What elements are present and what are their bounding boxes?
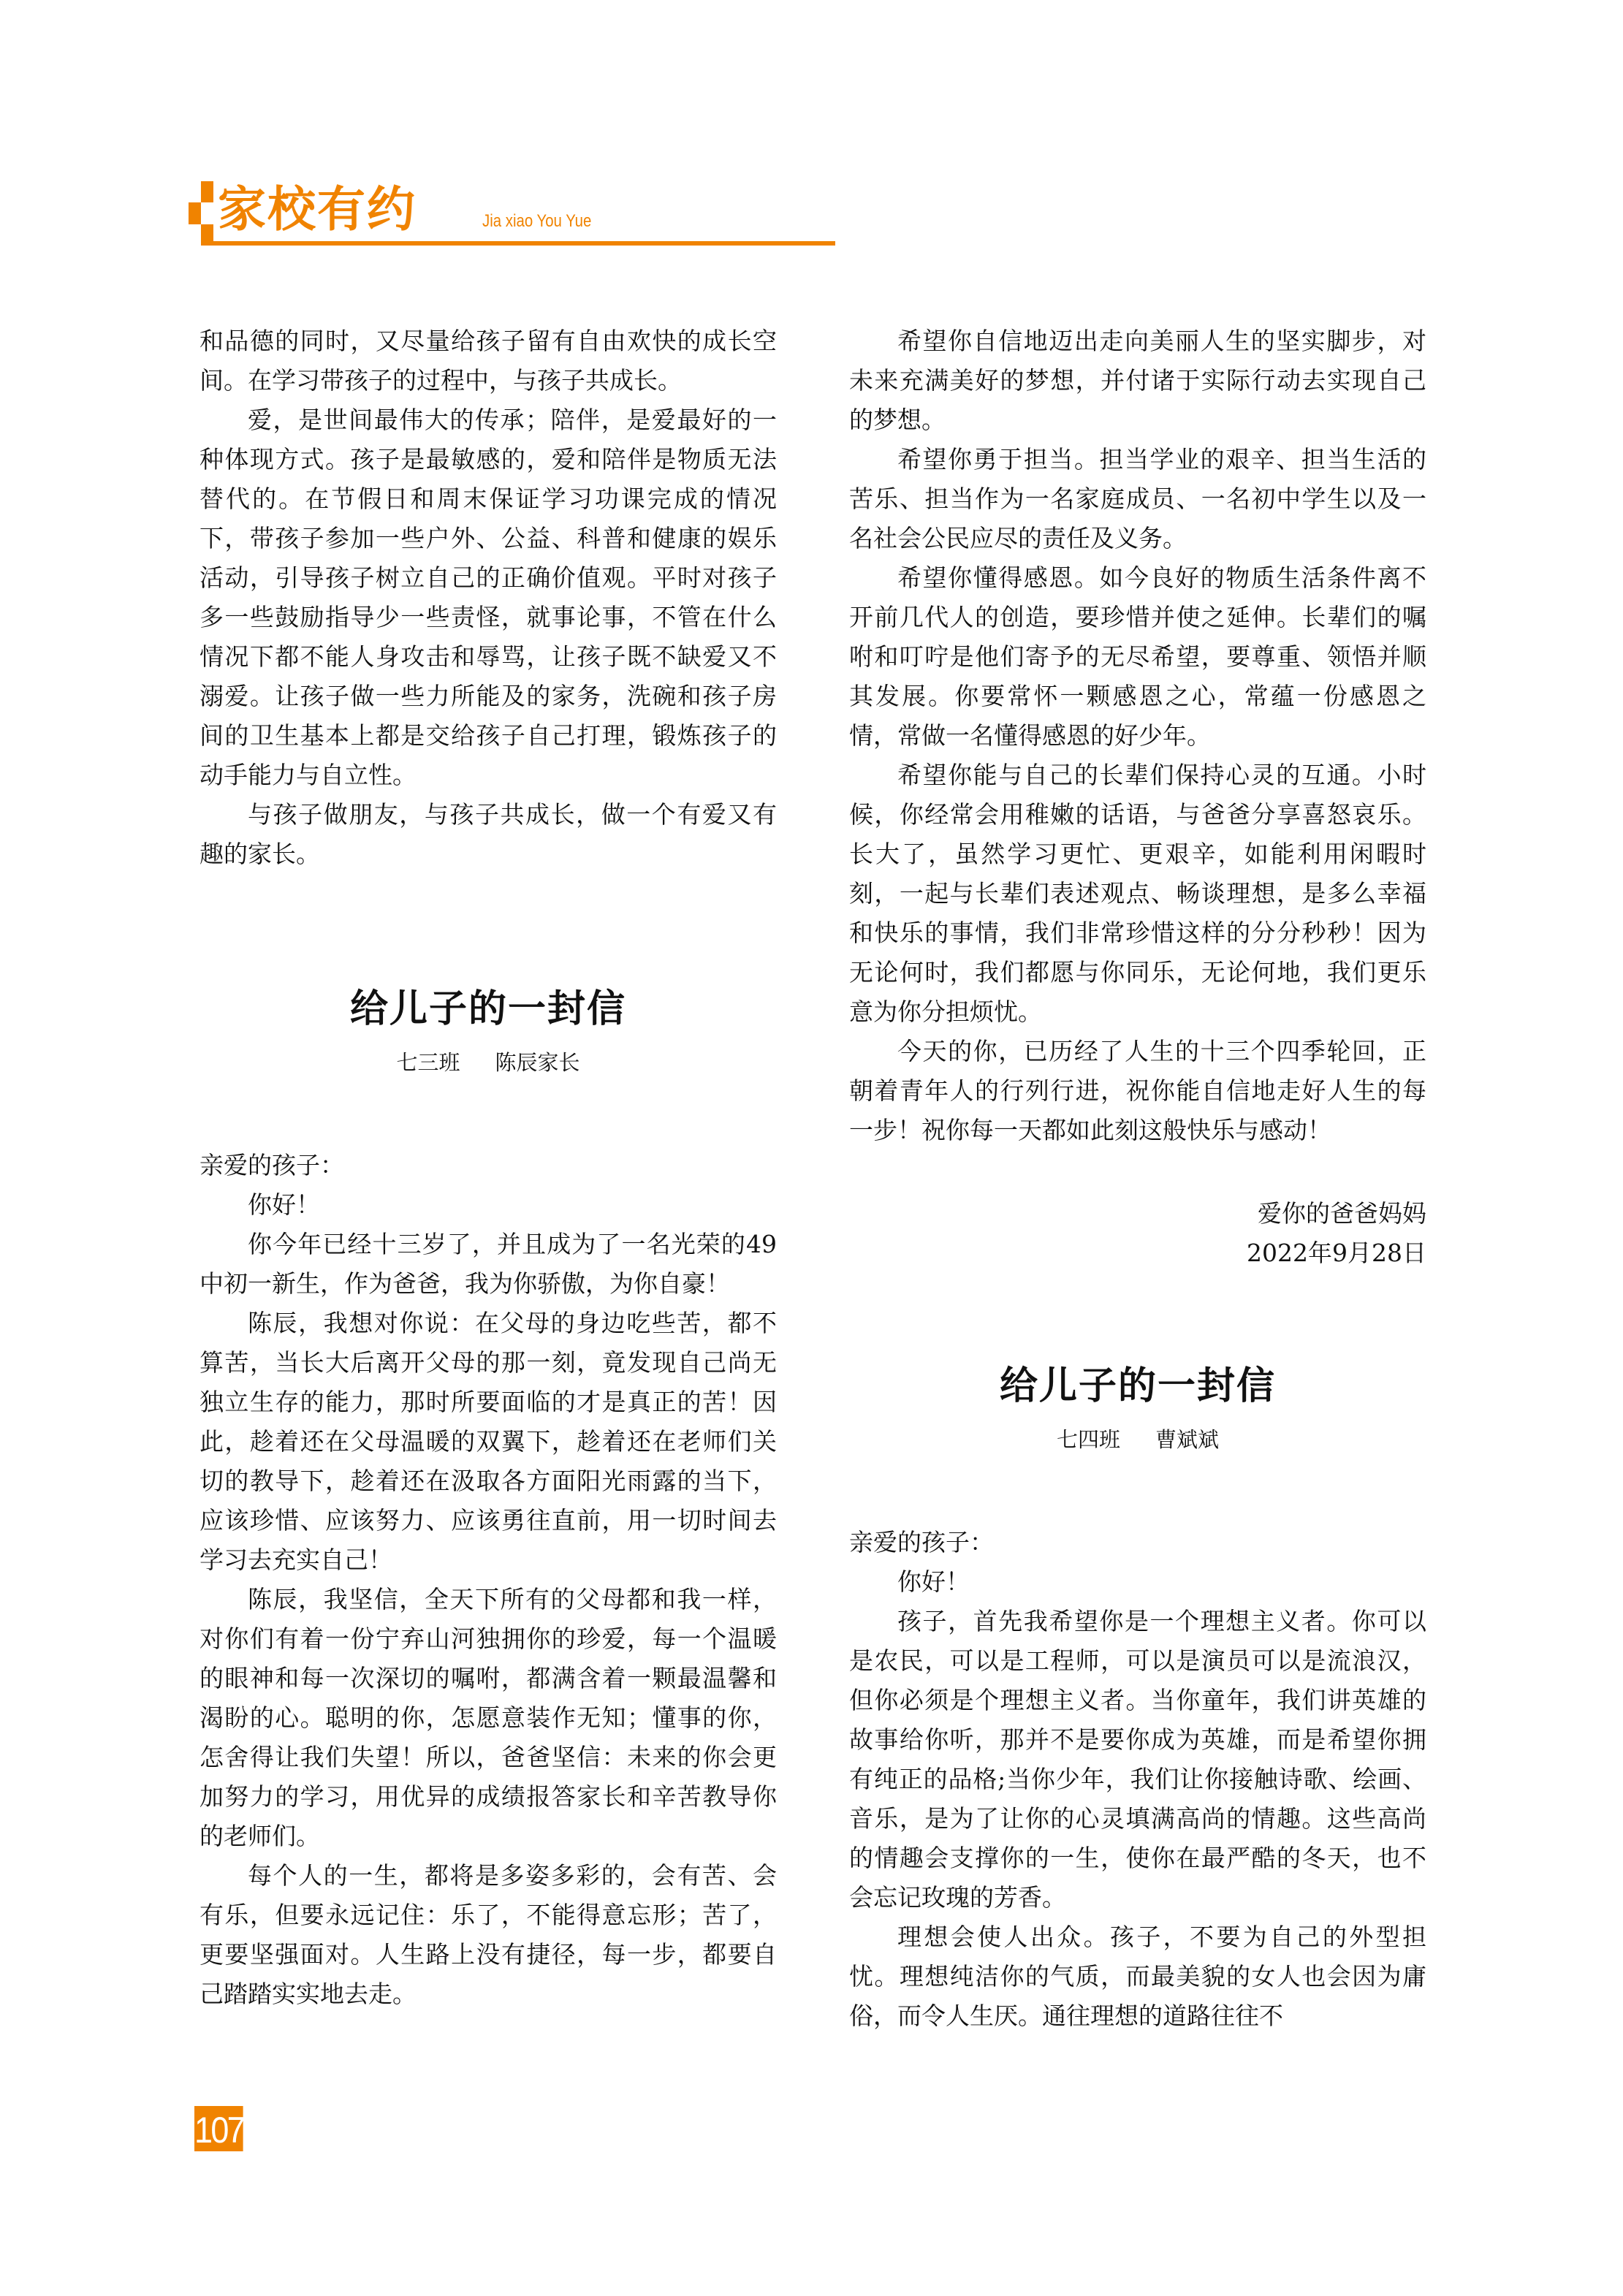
article-title: 给儿子的一封信 (849, 1361, 1426, 1412)
article-title: 给儿子的一封信 (199, 984, 777, 1035)
paragraph: 每个人的一生，都将是多姿多彩的，会有苦、会有乐，但要永远记住：乐了，不能得意忘形… (199, 1856, 777, 2014)
byline-class: 七三班 (396, 1050, 460, 1075)
paragraph: 和品德的同时，又尽量给孩子留有自由欢快的成长空间。在学习带孩子的过程中，与孩子共… (199, 322, 777, 400)
paragraph: 今天的你，已历经了人生的十三个四季轮回，正朝着青年人的行列行进，祝你能自信地走好… (849, 1032, 1426, 1150)
header-underline (201, 241, 835, 246)
byline-class: 七四班 (1057, 1427, 1120, 1452)
paragraph: 爱，是世间最伟大的传承；陪伴，是爱最好的一种体现方式。孩子是最敏感的，爱和陪伴是… (199, 400, 777, 795)
paragraph: 孩子，首先我希望你是一个理想主义者。你可以是农民，可以是工程师，可以是演员可以是… (849, 1602, 1426, 1917)
salutation: 亲爱的孩子： (849, 1523, 1426, 1562)
letter-signature: 爱你的爸爸妈妈 (849, 1194, 1426, 1233)
letter-date: 2022年9月28日 (849, 1233, 1426, 1273)
article-2: 给儿子的一封信 七四班曹斌斌 亲爱的孩子： 你好！ 孩子，首先我希望你是一个理想… (849, 1361, 1426, 2036)
header-square-decoration (201, 181, 213, 202)
paragraph: 你今年已经十三岁了，并且成为了一名光荣的49中初一新生，作为爸爸，我为你骄傲，为… (199, 1225, 777, 1304)
paragraph: 陈辰，我想对你说：在父母的身边吃些苦，都不算苦，当长大后离开父母的那一刻，竟发现… (199, 1304, 777, 1580)
greeting: 你好！ (849, 1562, 1426, 1602)
paragraph: 与孩子做朋友，与孩子共成长，做一个有爱又有趣的家长。 (199, 795, 777, 874)
article-byline: 七四班曹斌斌 (849, 1425, 1426, 1454)
paragraph: 希望你懂得感恩。如今良好的物质生活条件离不开前几代人的创造，要珍惜并使之延伸。长… (849, 558, 1426, 756)
greeting: 你好！ (199, 1185, 777, 1225)
right-column: 希望你自信地迈出走向美丽人生的坚实脚步，对未来充满美好的梦想，并付诸于实际行动去… (849, 322, 1426, 2036)
section-title-pinyin: Jia xiao You Yue (482, 211, 591, 232)
left-column: 和品德的同时，又尽量给孩子留有自由欢快的成长空间。在学习带孩子的过程中，与孩子共… (199, 322, 777, 2014)
byline-author: 陈辰家长 (495, 1050, 580, 1075)
paragraph: 陈辰，我坚信，全天下所有的父母都和我一样，对你们有着一份宁弃山河独拥你的珍爱，每… (199, 1580, 777, 1856)
byline-author: 曹斌斌 (1155, 1427, 1219, 1452)
paragraph: 希望你能与自己的长辈们保持心灵的互通。小时候，你经常会用稚嫩的话语，与爸爸分享喜… (849, 756, 1426, 1032)
header-square-decoration (189, 202, 201, 224)
section-header: 家校有约 Jia xiao You Yue (189, 179, 839, 252)
article-byline: 七三班陈辰家长 (199, 1048, 777, 1077)
paragraph: 希望你勇于担当。担当学业的艰辛、担当生活的苦乐、担当作为一名家庭成员、一名初中学… (849, 440, 1426, 558)
paragraph: 希望你自信地迈出走向美丽人生的坚实脚步，对未来充满美好的梦想，并付诸于实际行动去… (849, 322, 1426, 440)
paragraph: 理想会使人出众。孩子，不要为自己的外型担忧。理想纯洁你的气质，而最美貌的女人也会… (849, 1917, 1426, 2036)
salutation: 亲爱的孩子： (199, 1146, 777, 1185)
article-1: 给儿子的一封信 七三班陈辰家长 亲爱的孩子： 你好！ 你今年已经十三岁了，并且成… (199, 984, 777, 2014)
page-number: 107 (194, 2106, 243, 2151)
section-title: 家校有约 (218, 179, 417, 240)
